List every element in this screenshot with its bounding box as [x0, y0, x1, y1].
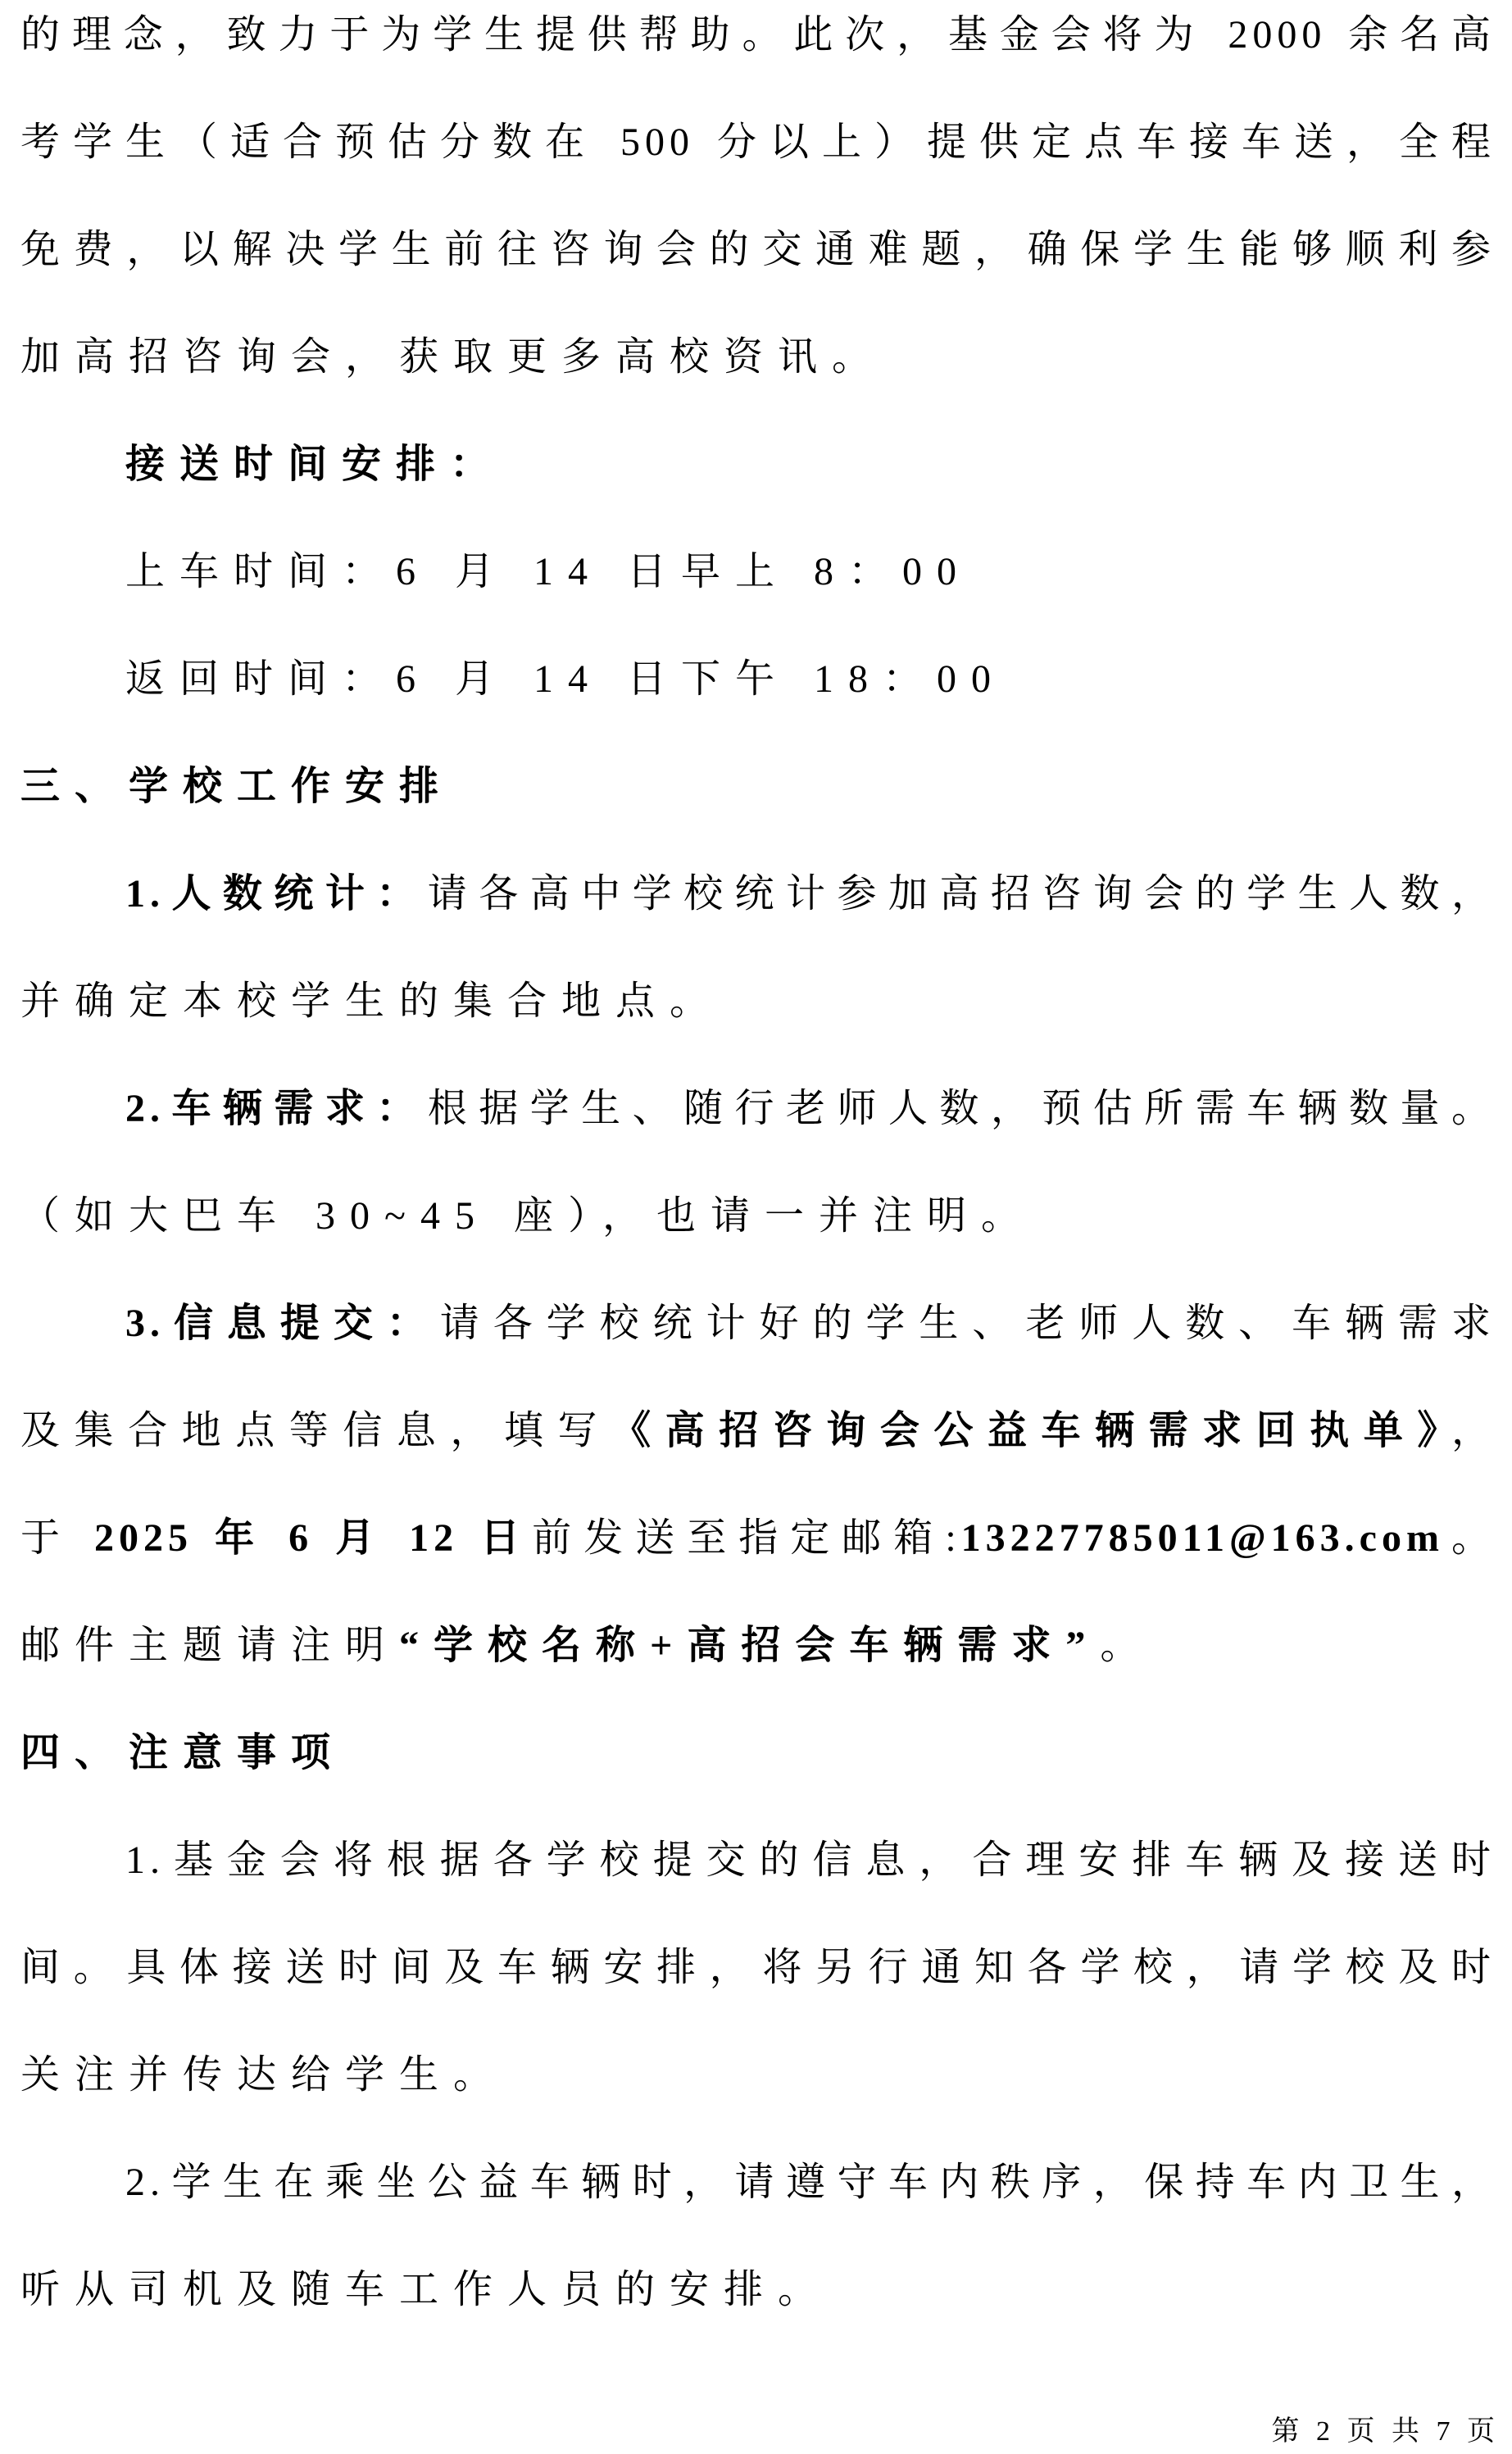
- document-page: 的理念，致力于为学生提供帮助。此次，基金会将为 2000 余名高考学生（适合预估…: [0, 0, 1512, 2454]
- text-segment: 邮件主题请注明: [20, 1624, 399, 1667]
- text-segment: 1.基金会将根据各学校提交的信息，合理安排车辆及接送时: [125, 1838, 1496, 1882]
- text-line: （如大巴车 30~45 座），也请一并注明。: [20, 1162, 1496, 1270]
- text-segment: 及集合地点等信息，填写: [20, 1409, 611, 1452]
- text-segment: 。: [1100, 1624, 1154, 1667]
- text-line: 加高招咨询会，获取更多高校资讯。: [20, 303, 1496, 411]
- text-line: 免费，以解决学生前往咨询会的交通难题，确保学生能够顺利参: [20, 196, 1496, 303]
- text-segment-bold: 3.信息提交：: [125, 1302, 440, 1345]
- text-segment: 上车时间：6 月 14 日早上 8：00: [125, 550, 971, 593]
- text-segment: 请各学校统计好的学生、老师人数、车辆需求: [440, 1302, 1496, 1345]
- text-line: 三、学校工作安排: [20, 733, 1496, 840]
- text-line: 的理念，致力于为学生提供帮助。此次，基金会将为 2000 余名高: [20, 0, 1496, 89]
- text-segment: 。: [1444, 1516, 1496, 1560]
- page-number-label: 第 2 页 共 7 页: [1272, 2416, 1501, 2447]
- text-segment: 前发送至指定邮箱:: [532, 1516, 960, 1560]
- text-segment: 加高招咨询会，获取更多高校资讯。: [20, 335, 886, 379]
- text-segment-bold: 2.车辆需求：: [125, 1087, 428, 1130]
- text-line: 1.基金会将根据各学校提交的信息，合理安排车辆及接送时: [20, 1806, 1496, 1914]
- text-line: 接送时间安排：: [20, 411, 1496, 518]
- text-segment-bold: 四、注意事项: [20, 1731, 345, 1775]
- document-body: 的理念，致力于为学生提供帮助。此次，基金会将为 2000 余名高考学生（适合预估…: [20, 0, 1496, 2343]
- text-segment: 听从司机及随车工作人员的安排。: [20, 2268, 832, 2311]
- text-line: 听从司机及随车工作人员的安排。: [20, 2236, 1496, 2343]
- text-segment: 2.学生在乘坐公益车辆时，请遵守车内秩序，保持车内卫生，: [125, 2161, 1496, 2204]
- text-line: 返回时间：6 月 14 日下午 18：00: [20, 625, 1496, 733]
- text-segment-bold: 1.人数统计：: [125, 872, 428, 916]
- text-segment: 于: [20, 1516, 94, 1560]
- text-line: 考学生（适合预估分数在 500 分以上）提供定点车接车送，全程: [20, 89, 1496, 196]
- text-line: 及集合地点等信息，填写《高招咨询会公益车辆需求回执单》，: [20, 1377, 1496, 1484]
- text-segment-bold: “学校名称+高招会车辆需求”: [399, 1624, 1100, 1667]
- text-segment: （如大巴车 30~45 座），也请一并注明。: [20, 1194, 1035, 1238]
- page-number-footer: 第 2 页 共 7 页: [1272, 2408, 1501, 2448]
- text-segment: 并确定本校学生的集合地点。: [20, 979, 724, 1023]
- text-segment-bold: 2025 年 6 月 12 日: [94, 1516, 532, 1560]
- text-segment: 根据学生、随行老师人数，预估所需车辆数量。: [428, 1087, 1496, 1130]
- text-line: 关注并传达给学生。: [20, 2021, 1496, 2129]
- text-segment: 的理念，致力于为学生提供帮助。此次，基金会将为 2000 余名高: [20, 13, 1496, 57]
- text-line: 间。具体接送时间及车辆安排，将另行通知各学校，请学校及时: [20, 1914, 1496, 2021]
- text-line: 1.人数统计：请各高中学校统计参加高招咨询会的学生人数，: [20, 840, 1496, 948]
- text-segment: 间。具体接送时间及车辆安排，将另行通知各学校，请学校及时: [20, 1946, 1496, 1989]
- text-segment-bold: 三、学校工作安排: [20, 765, 453, 808]
- text-segment: 考学生（适合预估分数在 500 分以上）提供定点车接车送，全程: [20, 120, 1496, 164]
- text-segment: ，: [1451, 1409, 1496, 1452]
- text-line: 四、注意事项: [20, 1699, 1496, 1806]
- text-segment: 返回时间：6 月 14 日下午 18：00: [125, 657, 1006, 701]
- text-line: 2.车辆需求：根据学生、随行老师人数，预估所需车辆数量。: [20, 1055, 1496, 1162]
- text-line: 2.学生在乘坐公益车辆时，请遵守车内秩序，保持车内卫生，: [20, 2129, 1496, 2236]
- text-segment: 关注并传达给学生。: [20, 2053, 507, 2097]
- text-line: 上车时间：6 月 14 日早上 8：00: [20, 518, 1496, 625]
- text-line: 于 2025 年 6 月 12 日前发送至指定邮箱:13227785011@16…: [20, 1484, 1496, 1592]
- text-line: 并确定本校学生的集合地点。: [20, 948, 1496, 1055]
- text-segment-bold: 接送时间安排：: [125, 443, 504, 486]
- text-segment-bold: 13227785011@163.com: [961, 1516, 1444, 1560]
- text-line: 3.信息提交：请各学校统计好的学生、老师人数、车辆需求: [20, 1270, 1496, 1377]
- text-line: 邮件主题请注明“学校名称+高招会车辆需求”。: [20, 1592, 1496, 1699]
- text-segment-bold: 《高招咨询会公益车辆需求回执单》: [611, 1409, 1451, 1452]
- text-segment: 免费，以解决学生前往咨询会的交通难题，确保学生能够顺利参: [20, 228, 1496, 271]
- text-segment: 请各高中学校统计参加高招咨询会的学生人数，: [428, 872, 1496, 916]
